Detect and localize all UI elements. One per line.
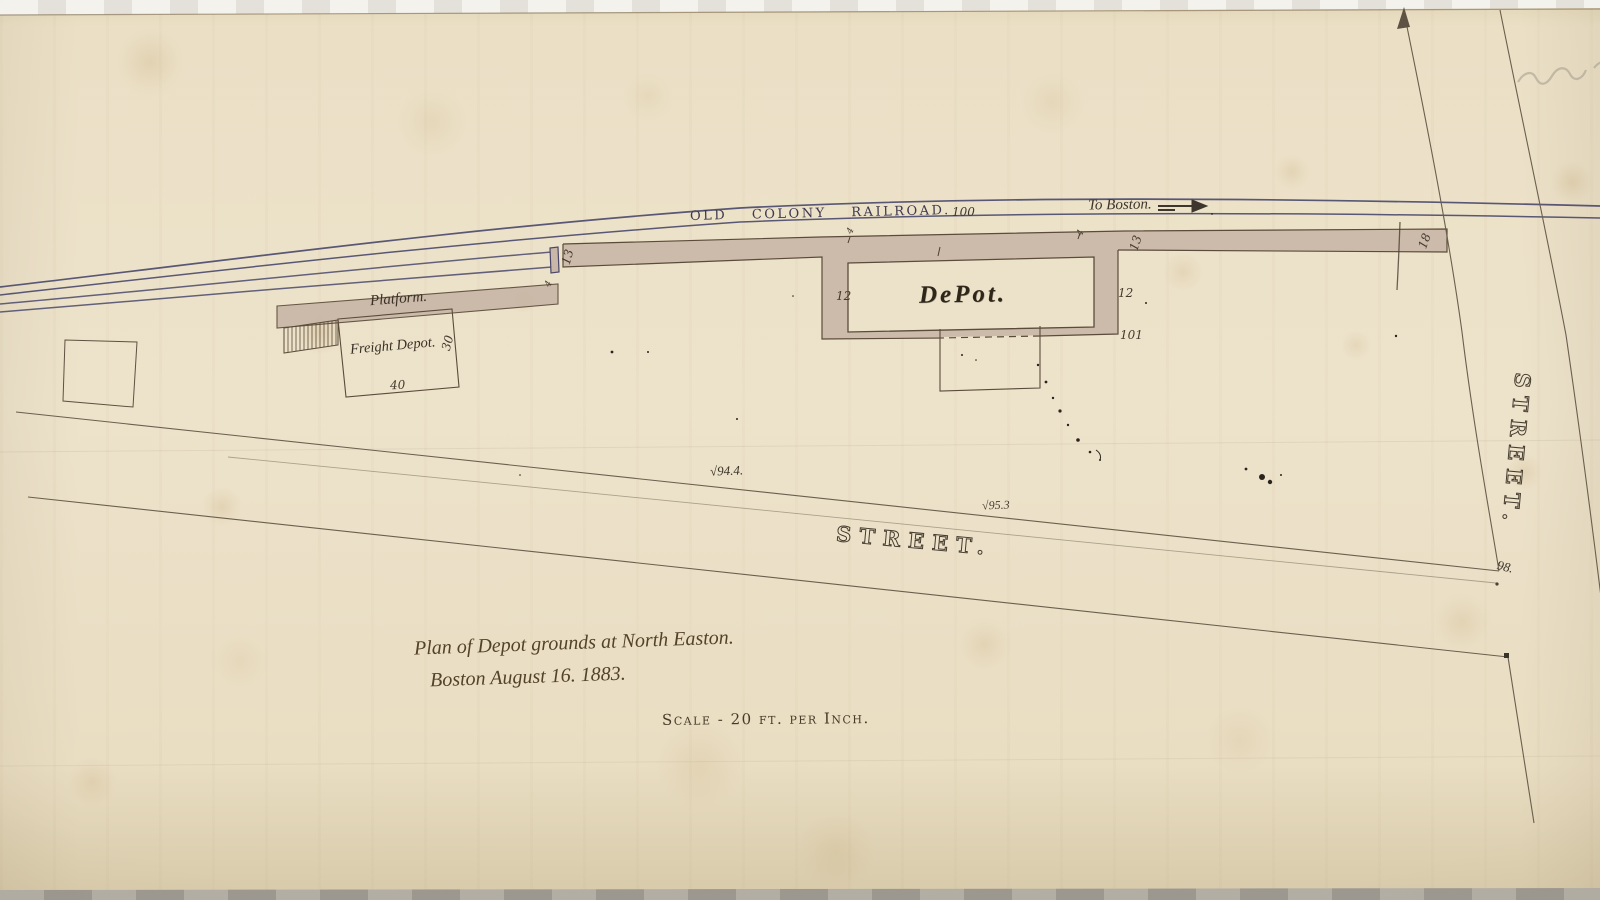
south-street-north-edge bbox=[16, 412, 1499, 571]
depot-front-dim: 101 bbox=[1120, 328, 1143, 342]
railroad-distance-label: 100 bbox=[952, 205, 975, 219]
depot-left-dim: 12 bbox=[836, 289, 851, 303]
elevation-mark-2: √95.3 bbox=[982, 498, 1010, 514]
to-boston-label: To Boston. bbox=[1088, 196, 1152, 214]
paper-edge-line-top bbox=[0, 9, 1600, 15]
pencil-scribble bbox=[1518, 62, 1600, 84]
south-street-faint-line bbox=[228, 457, 1496, 583]
paper-crease bbox=[0, 756, 1600, 766]
elevation-mark-1: √94.4. bbox=[710, 462, 744, 479]
track-bumper bbox=[550, 247, 559, 273]
small-building-outline bbox=[63, 340, 137, 407]
depot-right-dim: 12 bbox=[1118, 286, 1133, 300]
depot-building bbox=[848, 257, 1094, 391]
survey-corner-mark bbox=[1504, 653, 1509, 658]
street-corner-line bbox=[1508, 657, 1534, 823]
street-lines bbox=[16, 7, 1600, 823]
depot-label: DePot. bbox=[908, 280, 1018, 310]
east-street-west-edge bbox=[1404, 12, 1499, 571]
scale-note: Scale - 20 ft. per Inch. bbox=[662, 709, 870, 729]
freight-depot-front-dim: 40 bbox=[390, 378, 406, 393]
to-boston-arrow bbox=[1158, 200, 1207, 212]
paper-crease bbox=[0, 440, 1600, 452]
south-street-south-edge bbox=[28, 497, 1508, 657]
scanned-plan: OLD COLONY RAILROAD. 100 To Boston. Plat… bbox=[0, 0, 1600, 900]
plan-linework bbox=[0, 0, 1600, 900]
